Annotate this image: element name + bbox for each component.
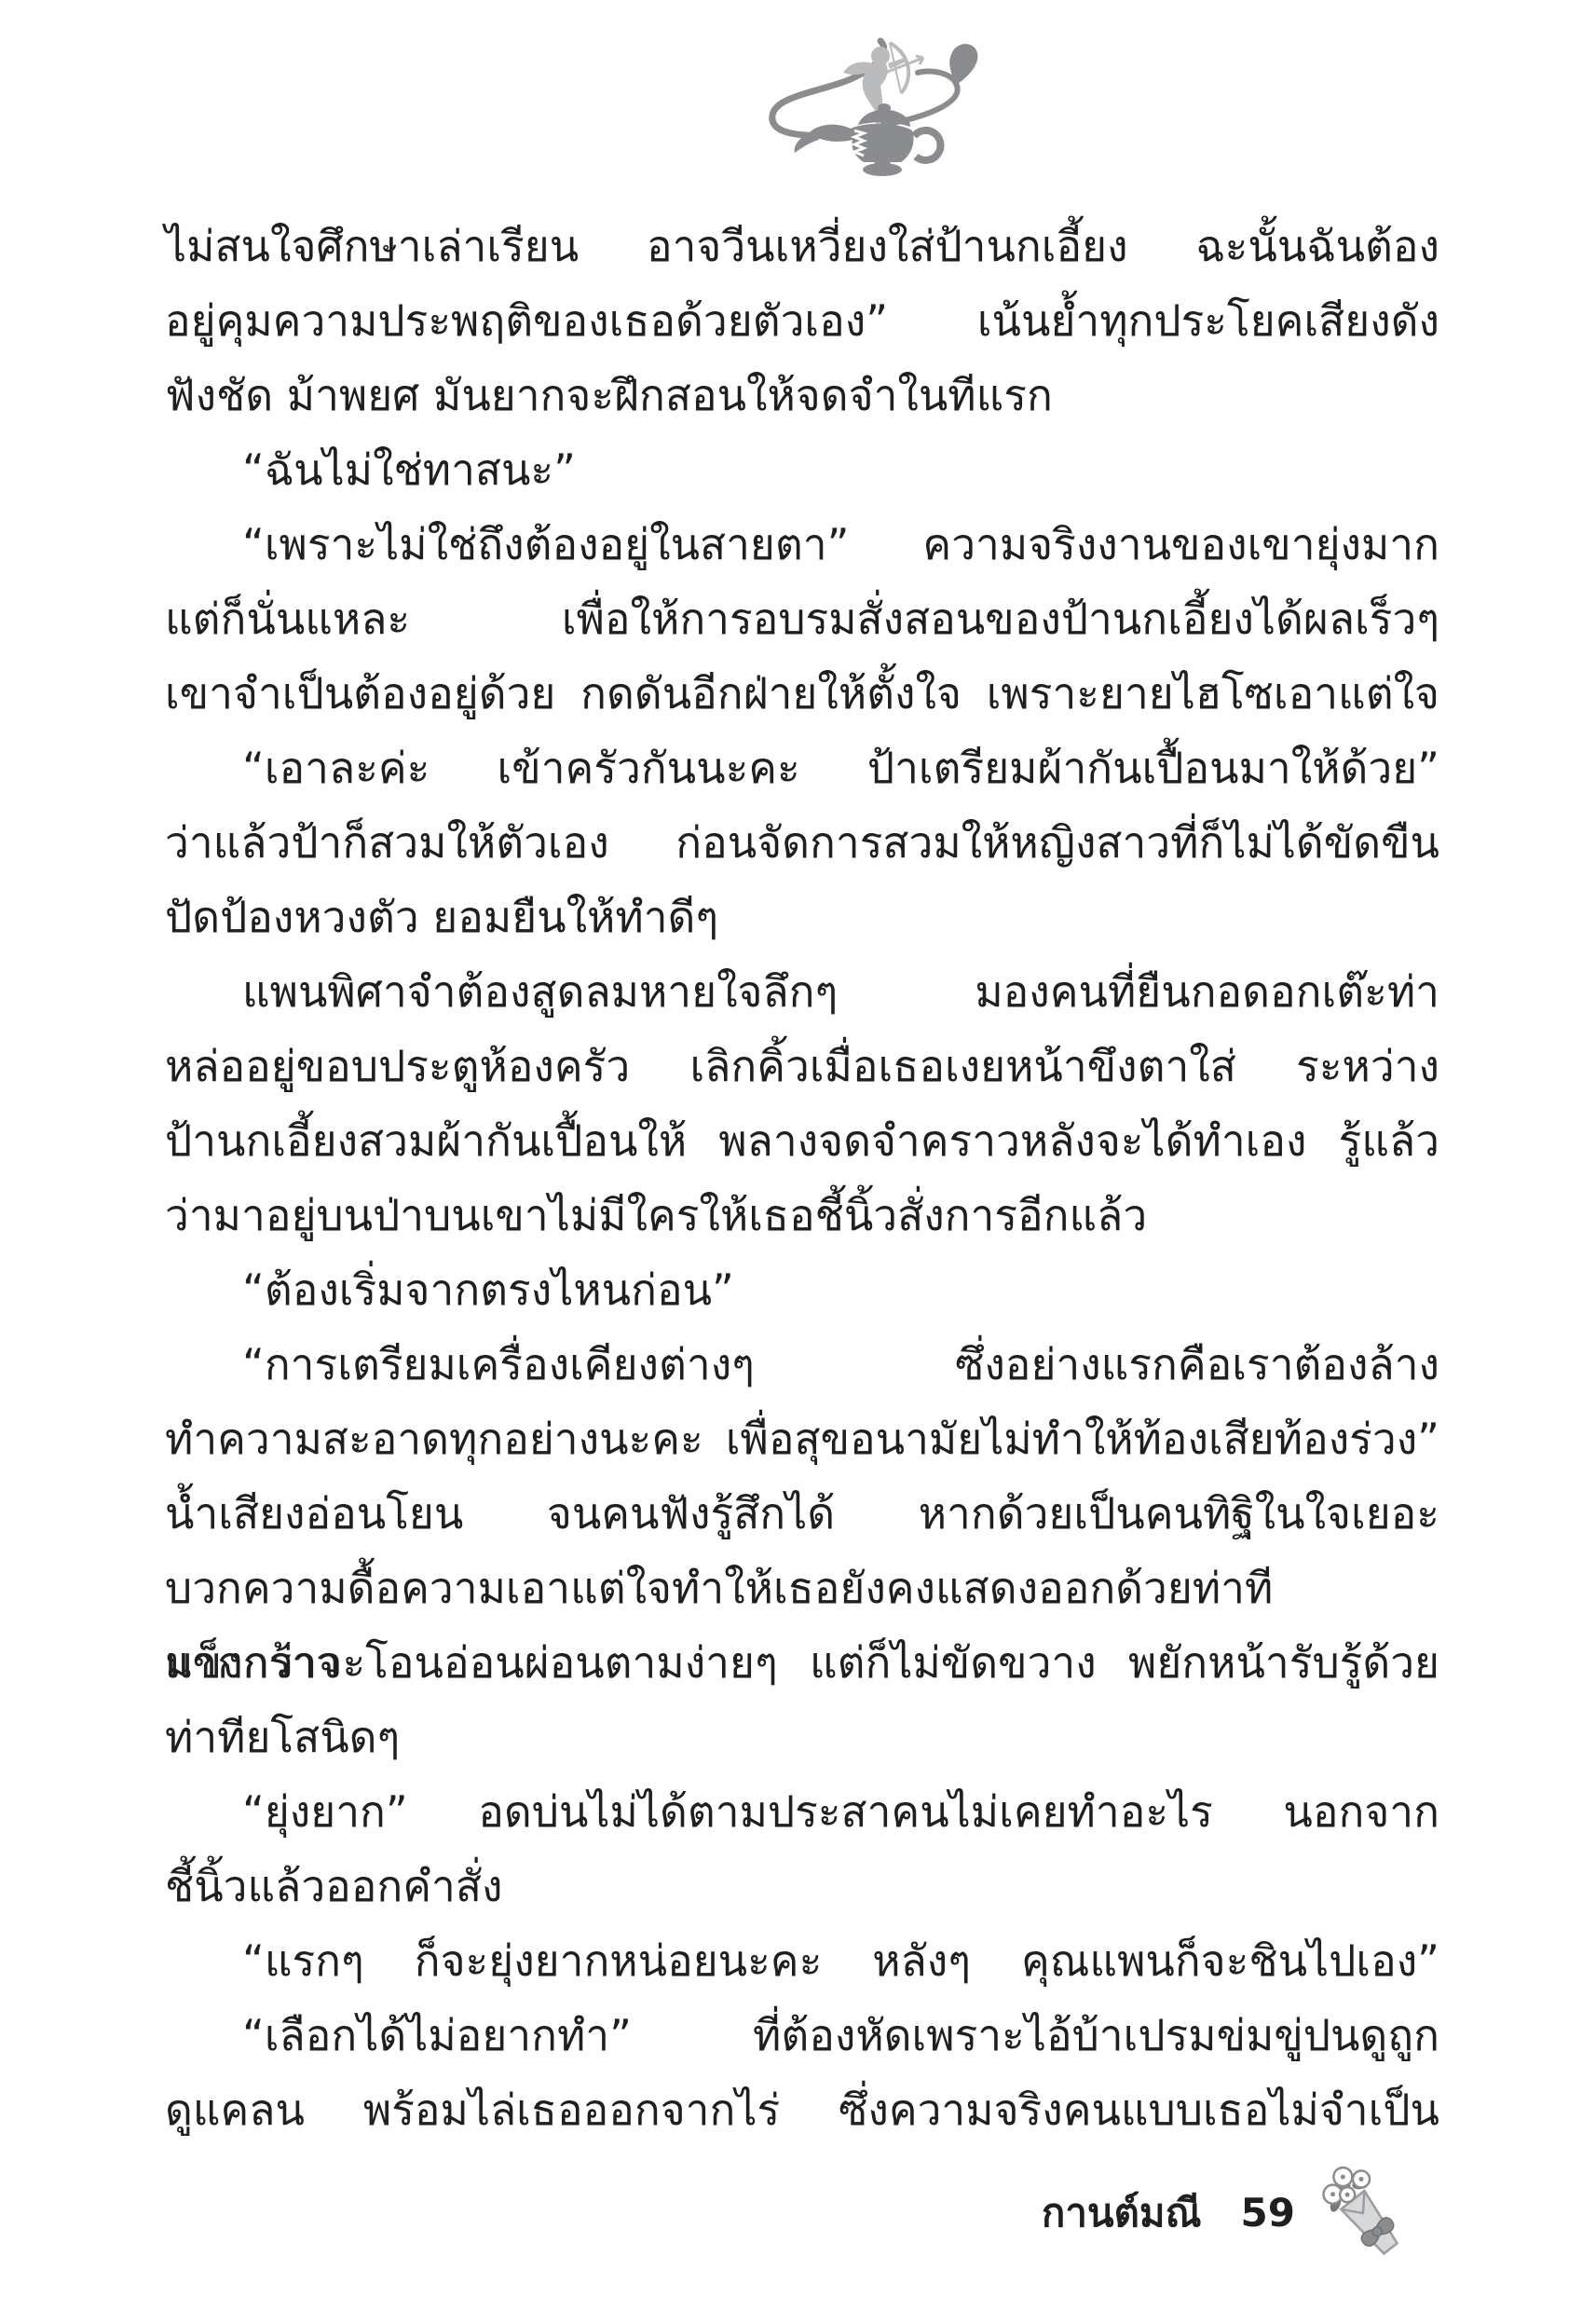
text-line: “ยุ่งยาก” อดบ่นไม่ได้ตามประสาคนไม่เคยทำอ…: [165, 1774, 1439, 1849]
text-line: ดูแคลน พร้อมไล่เธอออกจากไร่ ซึ่งความจริง…: [165, 2072, 1439, 2147]
flower-bouquet-icon: [1309, 2160, 1423, 2274]
running-title: กานต์มณี: [1042, 2190, 1202, 2236]
text-line: บวกความดื้อความเอาแต่ใจทำให้เธอยังคงแสดง…: [165, 1551, 1439, 1625]
text-line: แต่ก็นั่นแหละ เพื่อให้การอบรมสั่งสอนของป…: [165, 581, 1439, 656]
text-line: หล่ออยู่ขอบประตูห้องครัว เลิกคิ้วเมื่อเธ…: [165, 1029, 1439, 1103]
text-line: ว่ามาอยู่บนป่าบนเขาไม่มีใครให้เธอชี้นิ้ว…: [165, 1178, 1439, 1252]
text-line: ป้านกเอี้ยงสวมผ้ากันเปื้อนให้ พลางจดจำคร…: [165, 1103, 1439, 1178]
text-line: ทำความสะอาดทุกอย่างนะคะ เพื่อสุขอนามัยไม…: [165, 1402, 1439, 1476]
text-line: เขาจำเป็นต้องอยู่ด้วย กดดันอีกฝ่ายให้ตั้…: [165, 656, 1439, 731]
text-line: “การเตรียมเครื่องเคียงต่างๆ ซึ่งอย่างแรก…: [165, 1327, 1439, 1402]
text-line: ชี้นิ้วแล้วออกคำสั่ง: [165, 1849, 1439, 1923]
page-footer: กานต์มณี59: [0, 2173, 1596, 2285]
text-line: ท่าทียโสนิดๆ: [165, 1700, 1439, 1774]
text-line: “ต้องเริ่มจากตรงไหนก่อน”: [165, 1252, 1439, 1327]
lamp-handle: [914, 130, 941, 160]
cupid-genie-lamp-ornament-icon: [741, 32, 1002, 177]
text-line: แพนพิศาจำต้องสูดลมหายใจลึกๆ มองคนที่ยืนก…: [165, 954, 1439, 1029]
text-line: ไม่สนใจศึกษาเล่าเรียน อาจวีนเหวี่ยงใส่ป้…: [165, 209, 1439, 283]
body-text: ไม่สนใจศึกษาเล่าเรียน อาจวีนเหวี่ยงใส่ป้…: [165, 209, 1439, 2147]
text-line: ปัดป้องหวงตัว ยอมยืนให้ทำดีๆ: [165, 880, 1439, 954]
page-number: 59: [1241, 2190, 1295, 2236]
text-line: “เอาละค่ะ เข้าครัวกันนะคะ ป้าเตรียมผ้ากั…: [165, 731, 1439, 805]
footer-text: กานต์มณี59: [1042, 2182, 1295, 2244]
book-page: ไม่สนใจศึกษาเล่าเรียน อาจวีนเหวี่ยงใส่ป้…: [0, 0, 1596, 2311]
text-line: มากกว่าจะโอนอ่อนผ่อนตามง่ายๆ แต่ก็ไม่ขัด…: [165, 1625, 1439, 1700]
text-line: ฟังชัด ม้าพยศ มันยากจะฝึกสอนให้จดจำในทีแ…: [165, 358, 1439, 432]
text-line: ว่าแล้วป้าก็สวมให้ตัวเอง ก่อนจัดการสวมให…: [165, 805, 1439, 880]
text-line: “ฉันไม่ใช่ทาสนะ”: [165, 432, 1439, 507]
text-line: น้ำเสียงอ่อนโยน จนคนฟังรู้สึกได้ หากด้วย…: [165, 1476, 1439, 1551]
heart-icon: [949, 44, 977, 86]
text-line: “แรกๆ ก็จะยุ่งยากหน่อยนะคะ หลังๆ คุณแพนก…: [165, 1923, 1439, 1998]
text-line: อยู่คุมความประพฤติของเธอด้วยตัวเอง” เน้น…: [165, 283, 1439, 358]
text-line: “เพราะไม่ใช่ถึงต้องอยู่ในสายตา” ความจริง…: [165, 507, 1439, 581]
text-line: “เลือกได้ไม่อยากทำ” ที่ต้องหัดเพราะไอ้บ้…: [165, 1998, 1439, 2072]
